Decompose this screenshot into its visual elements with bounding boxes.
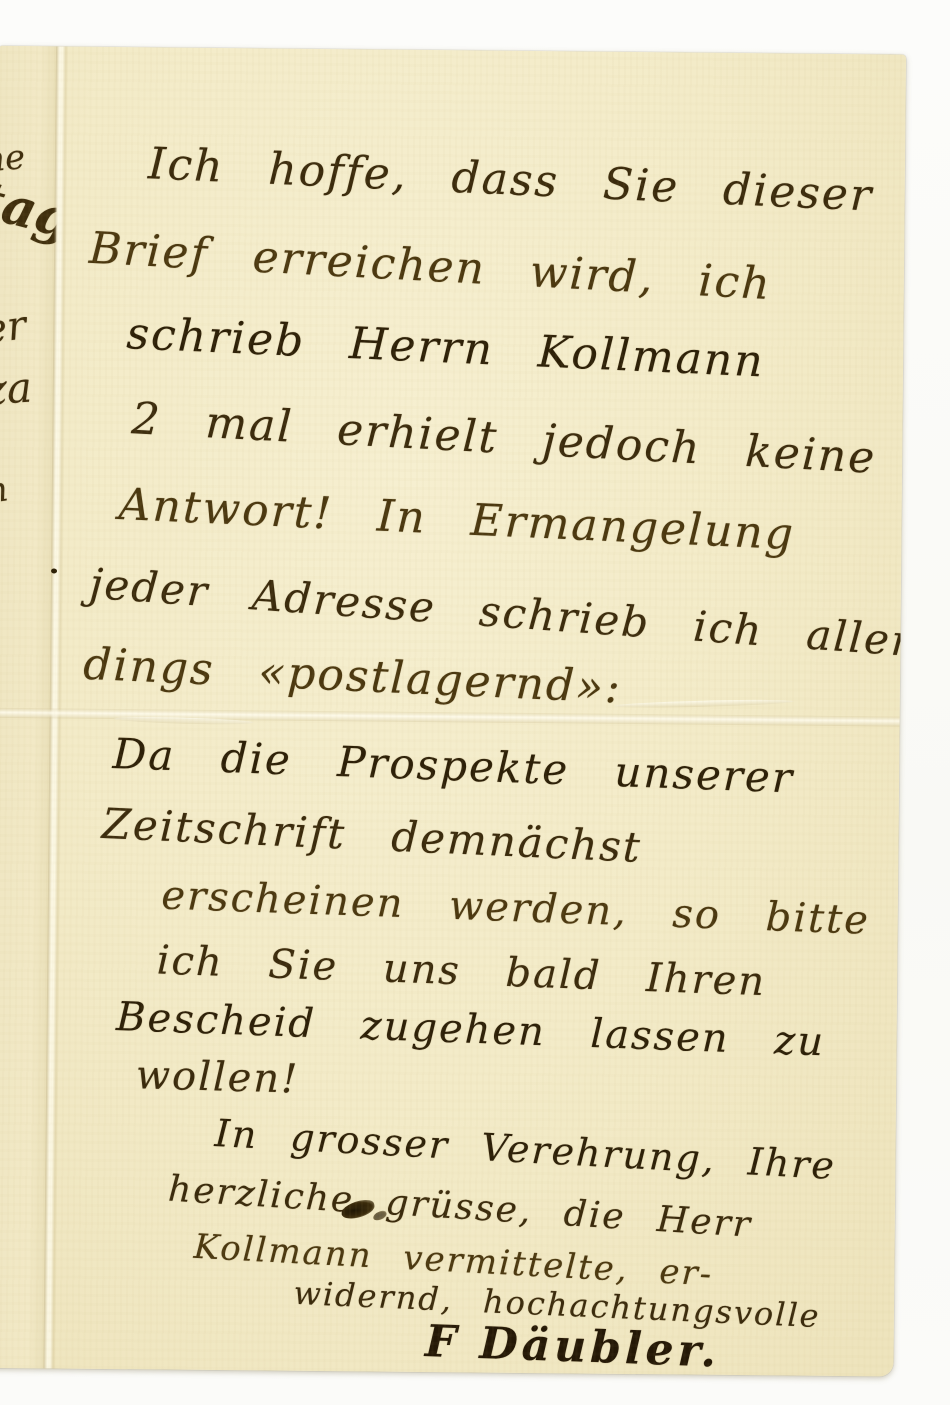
signature: F Däubler. — [424, 1320, 721, 1375]
clipped-word-fragment: n — [0, 472, 10, 509]
paper-wrinkle — [614, 698, 794, 709]
letter-line: Zeitschrift demnächst — [101, 803, 643, 869]
letter-line: ich Sie uns bald Ihren — [156, 940, 767, 1002]
letter-line: wollen! — [135, 1055, 299, 1099]
letter-line: Ich hoffe, dass Sie dieser — [147, 142, 874, 218]
clipped-word-fragment: za — [0, 367, 33, 412]
letter-line: schrieb Herrn Kollmann — [126, 312, 766, 384]
letter-line: Antwort! In Ermangelung — [118, 483, 796, 557]
letter-line: Da die Prospekte unserer — [112, 733, 795, 799]
ink-speck — [51, 568, 57, 573]
letter-line: Bescheid zugehen lassen zu — [116, 997, 826, 1062]
scanned-letter-background: ne tag er za n Ich hoffe, dass Sie diese… — [0, 0, 950, 1405]
letter-page: ne tag er za n Ich hoffe, dass Sie diese… — [0, 46, 906, 1377]
clipped-word-fragment: er — [0, 305, 29, 350]
letter-line: erscheinen werden, so bitte — [161, 875, 871, 940]
letter-line: Brief erreichen wird, ich — [88, 227, 773, 307]
letter-line: 2 mal erhielt jedoch keine — [130, 397, 877, 481]
letter-line: dings «postlagernd»: — [82, 643, 622, 711]
clipped-word-fragment: tag — [0, 173, 58, 247]
letter-line: In grosser Verehrung, Ihre — [214, 1114, 837, 1185]
